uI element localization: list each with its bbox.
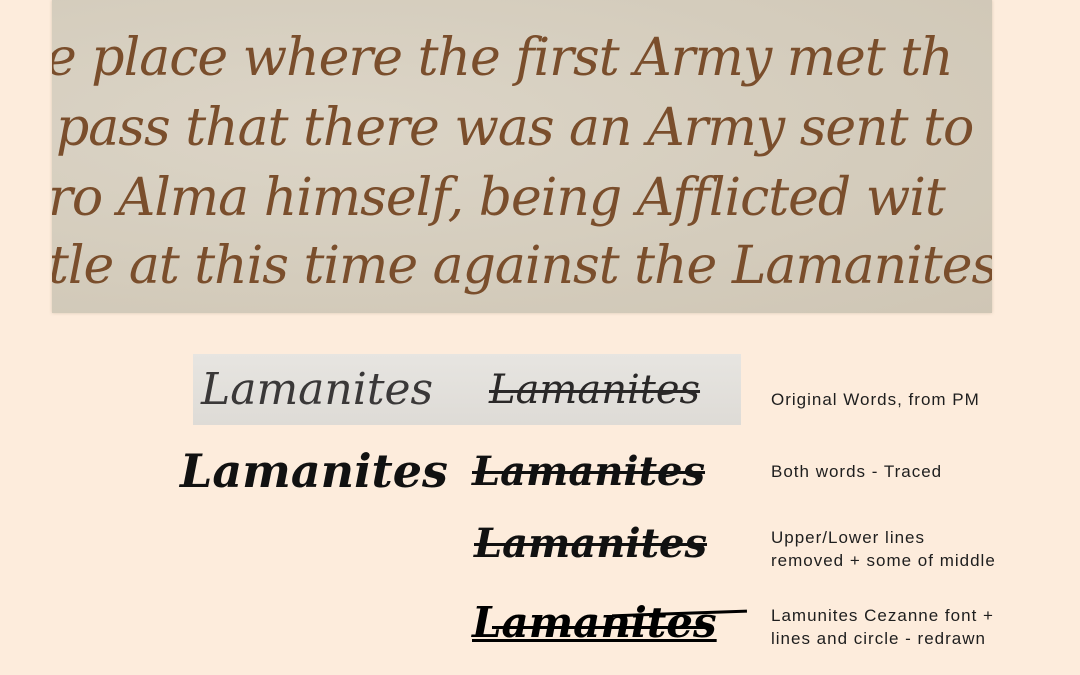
original-word: Lamanites [201, 368, 433, 412]
manuscript-line-4: tle at this time against the Lamanites [52, 240, 992, 292]
traced-word: Lamanites [180, 448, 448, 494]
original-struck-word: Lamanites [489, 370, 700, 410]
caption-line: Lamunites Cezanne font + [771, 604, 994, 627]
caption-original: Original Words, from PM [771, 388, 980, 411]
manuscript-line-1: e place where the first Army met th [52, 32, 953, 84]
caption-line: lines and circle - redrawn [771, 627, 994, 650]
caption-line: removed + some of middle [771, 549, 996, 572]
manuscript-image: e place where the first Army met th pass… [52, 0, 992, 313]
redrawn-word-group: Lamanites [472, 598, 748, 658]
caption-line: Both words - Traced [771, 460, 942, 483]
traced-struck-word: Lamanites [472, 452, 705, 492]
caption-line: Original Words, from PM [771, 388, 980, 411]
caption-redrawn: Lamunites Cezanne font + lines and circl… [771, 604, 994, 650]
original-words-strip: Lamanites Lamanites [193, 354, 741, 425]
manuscript-line-3: ro Alma himself, being Afflicted wit [52, 172, 945, 224]
redrawn-word: Lamanites [472, 602, 717, 644]
manuscript-line-2: pass that there was an Army sent to [56, 102, 973, 154]
caption-lines-removed: Upper/Lower lines removed + some of midd… [771, 526, 996, 572]
strike-line-middle [492, 626, 710, 629]
caption-line: Upper/Lower lines [771, 526, 996, 549]
caption-traced: Both words - Traced [771, 460, 942, 483]
lines-removed-word: Lamanites [474, 524, 707, 564]
